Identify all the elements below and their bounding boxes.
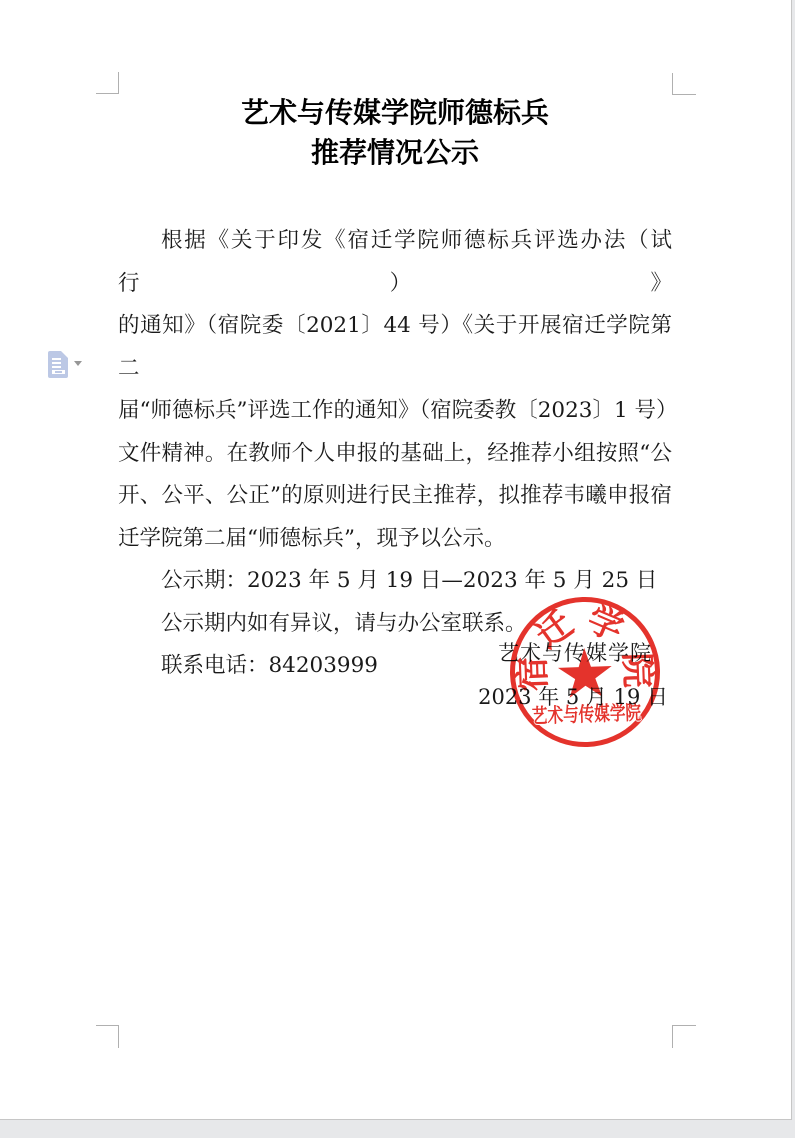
document-page: 艺术与传媒学院师德标兵 推荐情况公示 根据《关于印发《宿迁学院师德标兵评选办法（… bbox=[0, 0, 792, 1120]
title-line-1: 艺术与传媒学院师德标兵 bbox=[118, 93, 672, 133]
seal-bottom-text: 艺术与传媒学院 bbox=[527, 696, 645, 729]
text-boundary-mark-bottom-left bbox=[96, 1025, 119, 1048]
body-line: 的通知》（宿院委〔2021〕44 号）《关于开展宿迁学院第二 bbox=[118, 305, 672, 390]
body-line: 迁学院第二届“师德标兵”，现予以公示。 bbox=[118, 518, 672, 561]
paste-options-icon[interactable] bbox=[48, 351, 68, 378]
text-boundary-mark-top-right bbox=[672, 73, 696, 95]
text-boundary-mark-top-left bbox=[96, 72, 119, 94]
document-title: 艺术与传媒学院师德标兵 推荐情况公示 bbox=[118, 93, 672, 173]
dropdown-arrow-icon[interactable] bbox=[74, 361, 82, 366]
seal-arc-char: 宿 bbox=[515, 656, 551, 692]
body-line: 文件精神。在教师个人申报的基础上，经推荐小组按照“公 bbox=[118, 433, 672, 476]
body-line: 开、公平、公正”的原则进行民主推荐，拟推荐韦曦申报宿 bbox=[118, 475, 672, 518]
text-boundary-mark-bottom-right bbox=[672, 1025, 696, 1048]
title-line-2: 推荐情况公示 bbox=[118, 133, 672, 173]
official-seal: 宿 迁 学 院 艺术与传媒学院 bbox=[507, 594, 662, 749]
body-line: 根据《关于印发《宿迁学院师德标兵评选办法（试行）》 bbox=[118, 220, 672, 305]
body-line: 届“师德标兵”评选工作的通知》（宿院委教〔2023〕1 号） bbox=[118, 390, 672, 433]
seal-arc-char: 院 bbox=[619, 652, 655, 688]
page-fold-icon bbox=[61, 351, 68, 358]
